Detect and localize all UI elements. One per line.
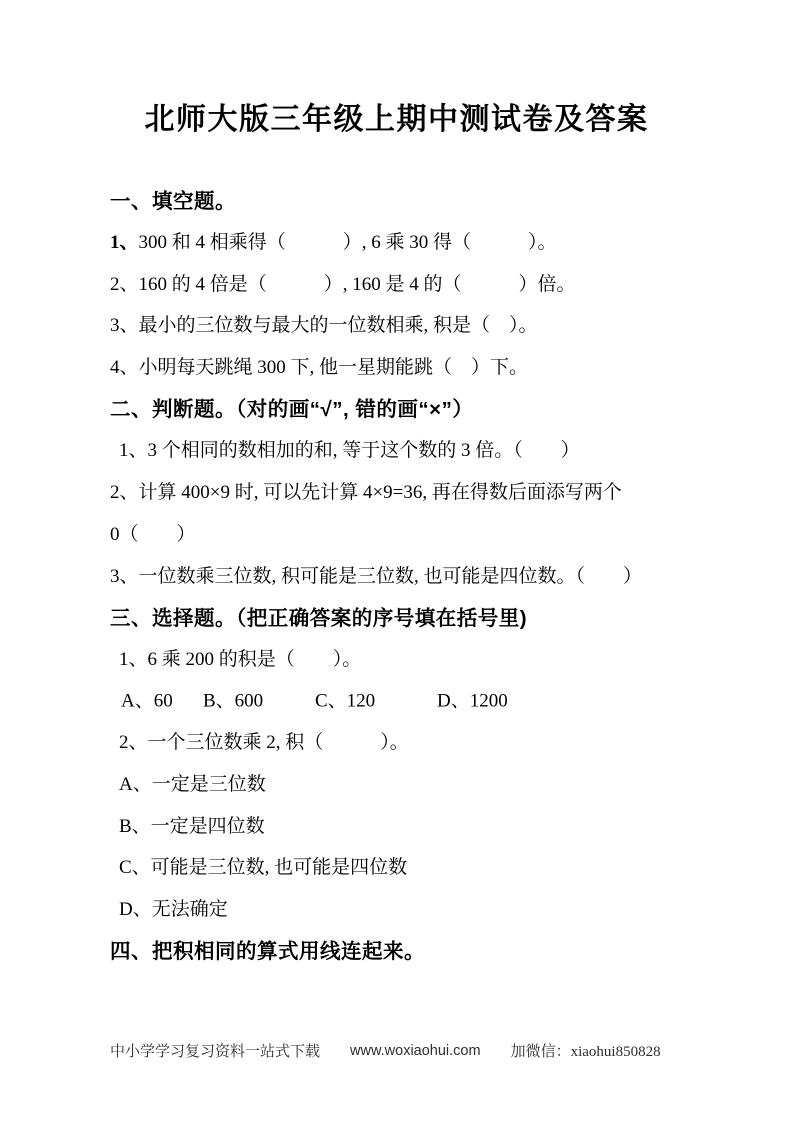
section-connect-heading: 四、把积相同的算式用线连起来。 bbox=[110, 928, 696, 970]
page-footer: 中小学学习复习资料一站式下载 www.woxiaohui.com 加微信：xia… bbox=[110, 1040, 661, 1061]
fill-question-4: 4、小明每天跳绳 300 下, 他一星期能跳（ ）下。 bbox=[110, 345, 696, 387]
judge-question-3: 3、一位数乘三位数, 积可能是三位数, 也可能是四位数。（ ） bbox=[110, 553, 696, 595]
fill-question-2: 2、160 的 4 倍是（ ）, 160 是 4 的（ ）倍。 bbox=[110, 261, 696, 303]
fill-question-1: 1、300 和 4 相乘得（ ）, 6 乘 30 得（ ）。 bbox=[110, 220, 696, 262]
footer-wechat: 加微信：xiaohui850828 bbox=[511, 1040, 661, 1061]
choice-q2-option-c: C、可能是三位数, 也可能是四位数 bbox=[110, 845, 696, 887]
choice-q1-option-d: D、1200 bbox=[437, 686, 508, 713]
page-title: 北师大版三年级上期中测试卷及答案 bbox=[0, 94, 793, 138]
footer-url: www.woxiaohui.com bbox=[350, 1043, 481, 1059]
choice-q2-option-b: B、一定是四位数 bbox=[110, 803, 696, 845]
choice-question-1: 1、6 乘 200 的积是（ ）。 bbox=[110, 637, 696, 679]
choice-q1-option-a: A、60 bbox=[121, 686, 173, 713]
choice-q2-option-d: D、无法确定 bbox=[110, 887, 696, 929]
judge-question-1: 1、3 个相同的数相加的和, 等于这个数的 3 倍。（ ） bbox=[110, 428, 696, 470]
fill-question-1-number: 1、 bbox=[110, 227, 139, 254]
choice-q1-option-b: B、600 bbox=[203, 686, 263, 713]
judge-question-2-line-2: 0（ ） bbox=[110, 512, 696, 554]
choice-question-1-options: A、60 B、600 C、120 D、1200 bbox=[110, 678, 696, 720]
section-judge-heading: 二、判断题。（对的画“√”, 错的画“×”） bbox=[110, 386, 696, 428]
footer-site-text: 中小学学习复习资料一站式下载 bbox=[110, 1040, 320, 1061]
choice-q1-option-c: C、120 bbox=[315, 686, 375, 713]
fill-question-3: 3、最小的三位数与最大的一位数相乘, 积是（ ）。 bbox=[110, 303, 696, 345]
judge-question-2-line-1: 2、计算 400×9 时, 可以先计算 4×9=36, 再在得数后面添写两个 bbox=[110, 470, 696, 512]
section-fill-heading: 一、填空题。 bbox=[110, 178, 696, 220]
choice-q2-option-a: A、一定是三位数 bbox=[110, 762, 696, 804]
section-choice-heading: 三、选择题。（把正确答案的序号填在括号里) bbox=[110, 595, 696, 637]
document-body: 一、填空题。 1、300 和 4 相乘得（ ）, 6 乘 30 得（ ）。 2、… bbox=[110, 178, 696, 970]
choice-question-2: 2、一个三位数乘 2, 积（ ）。 bbox=[110, 720, 696, 762]
test-paper-page: 北师大版三年级上期中测试卷及答案 一、填空题。 1、300 和 4 相乘得（ ）… bbox=[0, 0, 793, 1122]
fill-question-1-text: 300 和 4 相乘得（ ）, 6 乘 30 得（ ）。 bbox=[139, 227, 557, 254]
